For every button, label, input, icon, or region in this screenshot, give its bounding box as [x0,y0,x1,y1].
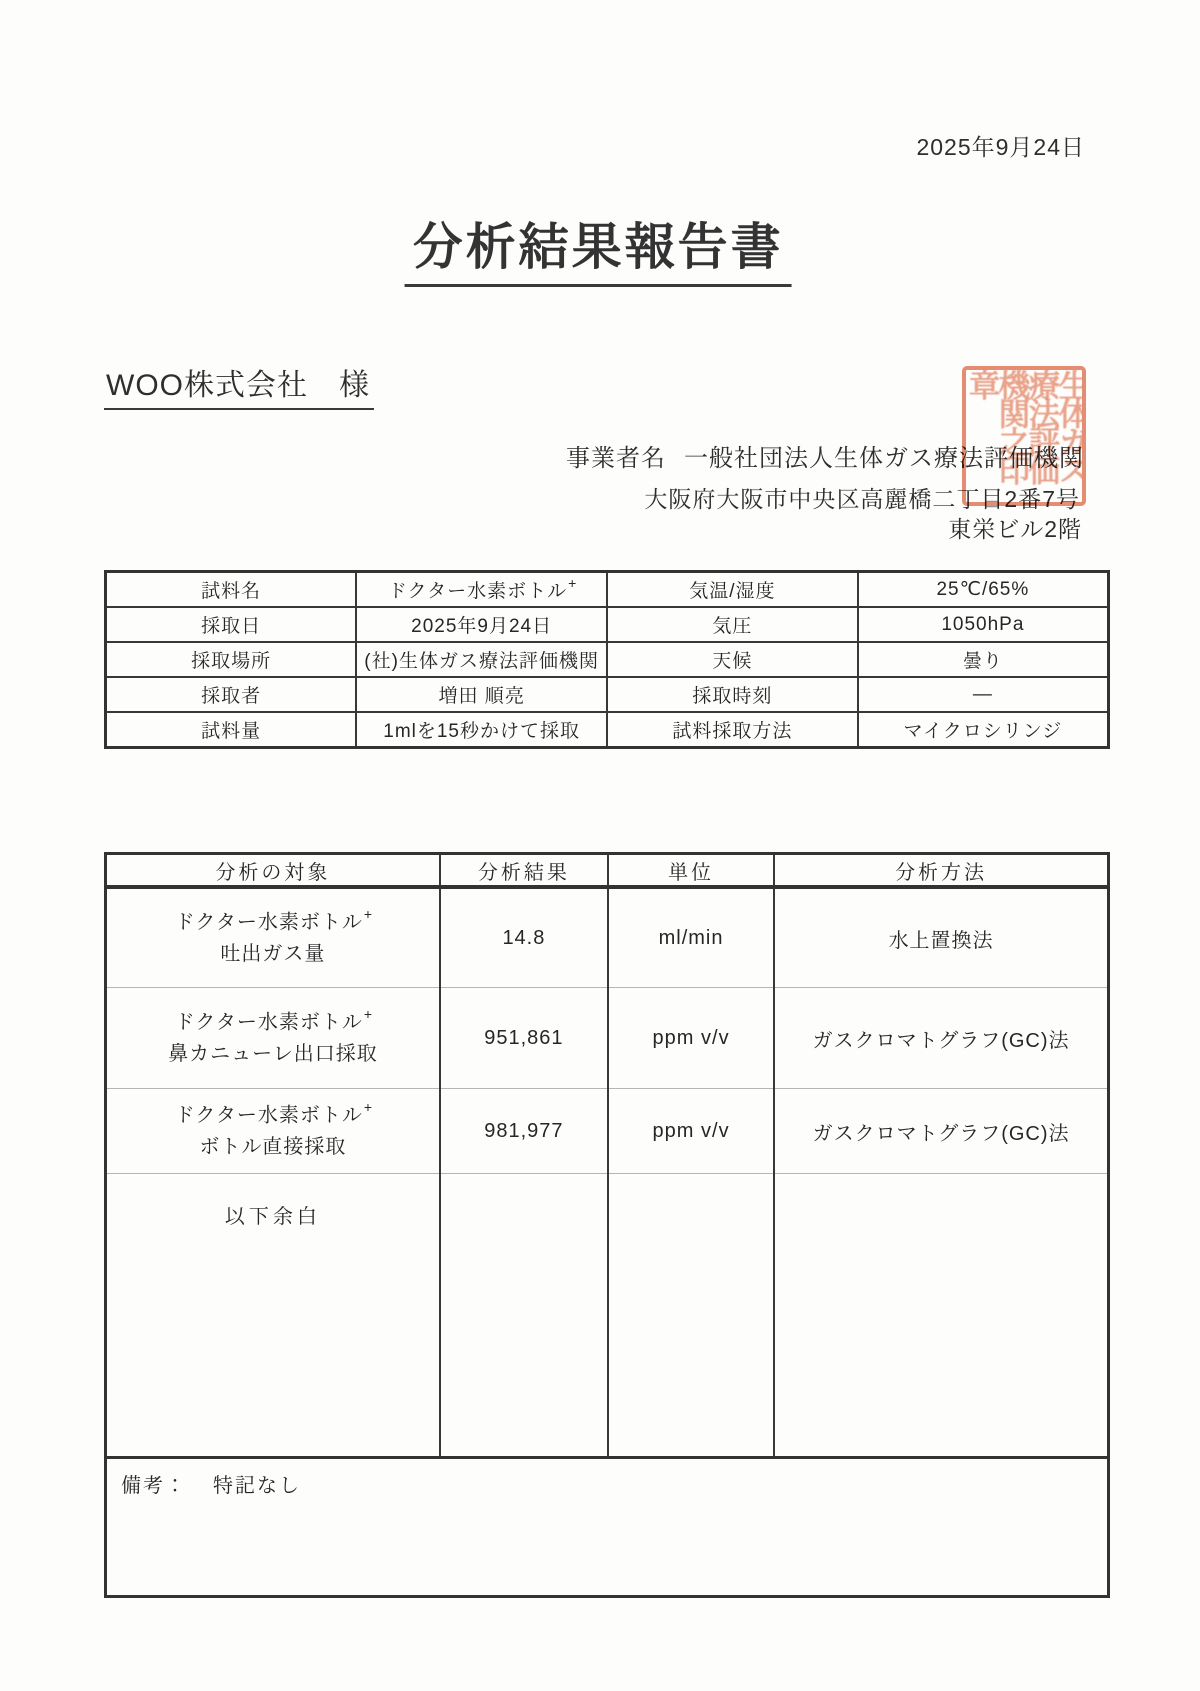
document-date: 2025年9月24日 [916,129,1085,162]
table-row-remarks: 備考：特記なし [106,1458,1109,1597]
cell-method: ガスクロマトグラフ(GC)法 [774,988,1108,1089]
column-header: 単位 [608,854,774,888]
column-header: 分析方法 [774,854,1108,888]
target-subtitle: 吐出ガス量 [107,939,439,970]
table-row: 試料名 ドクター水素ボトル+ 気温/湿度 25℃/65% [106,572,1109,608]
table-row: 試料量 1mlを15秒かけて採取 試料採取方法 マイクロシリンジ [106,712,1109,748]
superscript-plus: + [364,906,372,922]
page-title: 分析結果報告書 [405,207,792,287]
cell-label: 採取者 [106,677,357,712]
cell-method: 水上置換法 [774,887,1108,988]
cell-value: ドクター水素ボトル+ [356,572,607,608]
cell-analysis-target: ドクター水素ボトル+ 鼻カニューレ出口採取 [106,988,440,1089]
recipient-name: WOO株式会社 様 [104,360,374,410]
column-header: 分析の対象 [106,854,440,888]
cell-value: ― [858,677,1109,712]
remarks-label: 備考： [121,1475,187,1497]
table-row: 採取場所 (社)生体ガス療法評価機関 天候 曇り [106,642,1109,677]
cell-empty [774,1174,1108,1458]
cell-result: 981,977 [440,1089,608,1174]
cell-unit: ppm v/v [608,988,774,1089]
target-name: ドクター水素ボトル+ [107,906,439,939]
cell-label: 天候 [607,642,858,677]
issuer-line: 事業者名一般社団法人生体ガス療法評価機関 [566,438,1084,473]
superscript-plus: + [364,1006,372,1022]
remarks-value: 特記なし [213,1475,301,1497]
cell-label: 試料量 [106,712,357,748]
superscript-plus: + [364,1099,372,1115]
target-subtitle: 鼻カニューレ出口採取 [107,1039,439,1070]
table-row-filler: 以下余白 [106,1174,1109,1458]
cell-label: 試料採取方法 [607,712,858,748]
cell-label: 気温/湿度 [607,572,858,608]
cell-label: 採取場所 [106,642,357,677]
table-row: ドクター水素ボトル+ ボトル直接採取 981,977 ppm v/v ガスクロマ… [106,1089,1109,1174]
cell-analysis-target: ドクター水素ボトル+ ボトル直接採取 [106,1089,440,1174]
cell-result: 951,861 [440,988,608,1089]
cell-filler: 以下余白 [106,1174,440,1458]
issuer-label: 事業者名 [566,445,666,472]
table-row: ドクター水素ボトル+ 鼻カニューレ出口採取 951,861 ppm v/v ガス… [106,988,1109,1089]
cell-value: 1050hPa [858,607,1109,642]
cell-value: 増田 順亮 [356,677,607,712]
cell-analysis-target: ドクター水素ボトル+ 吐出ガス量 [106,887,440,988]
cell-empty [608,1174,774,1458]
issuer-address-line2: 東栄ビル2階 [948,511,1082,544]
cell-value: 曇り [858,642,1109,677]
table-header-row: 分析の対象 分析結果 単位 分析方法 [106,854,1109,888]
cell-label: 気圧 [607,607,858,642]
target-subtitle: ボトル直接採取 [107,1132,439,1163]
cell-value: 1mlを15秒かけて採取 [356,712,607,748]
issuer-name: 一般社団法人生体ガス療法評価機関 [684,445,1084,472]
cell-method: ガスクロマトグラフ(GC)法 [774,1089,1108,1174]
cell-label: 採取日 [106,607,357,642]
report-page: 2025年9月24日 分析結果報告書 WOO株式会社 様 事業者名一般社団法人生… [0,0,1200,1691]
sample-name: ドクター水素ボトル [388,581,567,602]
analysis-results-table: 分析の対象 分析結果 単位 分析方法 ドクター水素ボトル+ 吐出ガス量 14.8… [104,852,1110,1598]
cell-value: マイクロシリンジ [858,712,1109,748]
cell-remarks: 備考：特記なし [106,1458,1109,1597]
cell-label: 採取時刻 [607,677,858,712]
target-name: ドクター水素ボトル+ [107,1099,439,1132]
cell-value: (社)生体ガス療法評価機関 [356,642,607,677]
cell-result: 14.8 [440,887,608,988]
table-row: 採取日 2025年9月24日 気圧 1050hPa [106,607,1109,642]
superscript-plus: + [568,575,576,591]
cell-value: 25℃/65% [858,572,1109,608]
cell-empty [440,1174,608,1458]
column-header: 分析結果 [440,854,608,888]
cell-unit: ml/min [608,887,774,988]
table-row: 採取者 増田 順亮 採取時刻 ― [106,677,1109,712]
cell-value: 2025年9月24日 [356,607,607,642]
issuer-address-line1: 大阪府大阪市中央区高麗橋二丁目2番7号 [644,481,1080,514]
table-row: ドクター水素ボトル+ 吐出ガス量 14.8 ml/min 水上置換法 [106,887,1109,988]
cell-label: 試料名 [106,572,357,608]
sample-info-table: 試料名 ドクター水素ボトル+ 気温/湿度 25℃/65% 採取日 2025年9月… [104,570,1110,749]
target-name: ドクター水素ボトル+ [107,1006,439,1039]
cell-unit: ppm v/v [608,1089,774,1174]
